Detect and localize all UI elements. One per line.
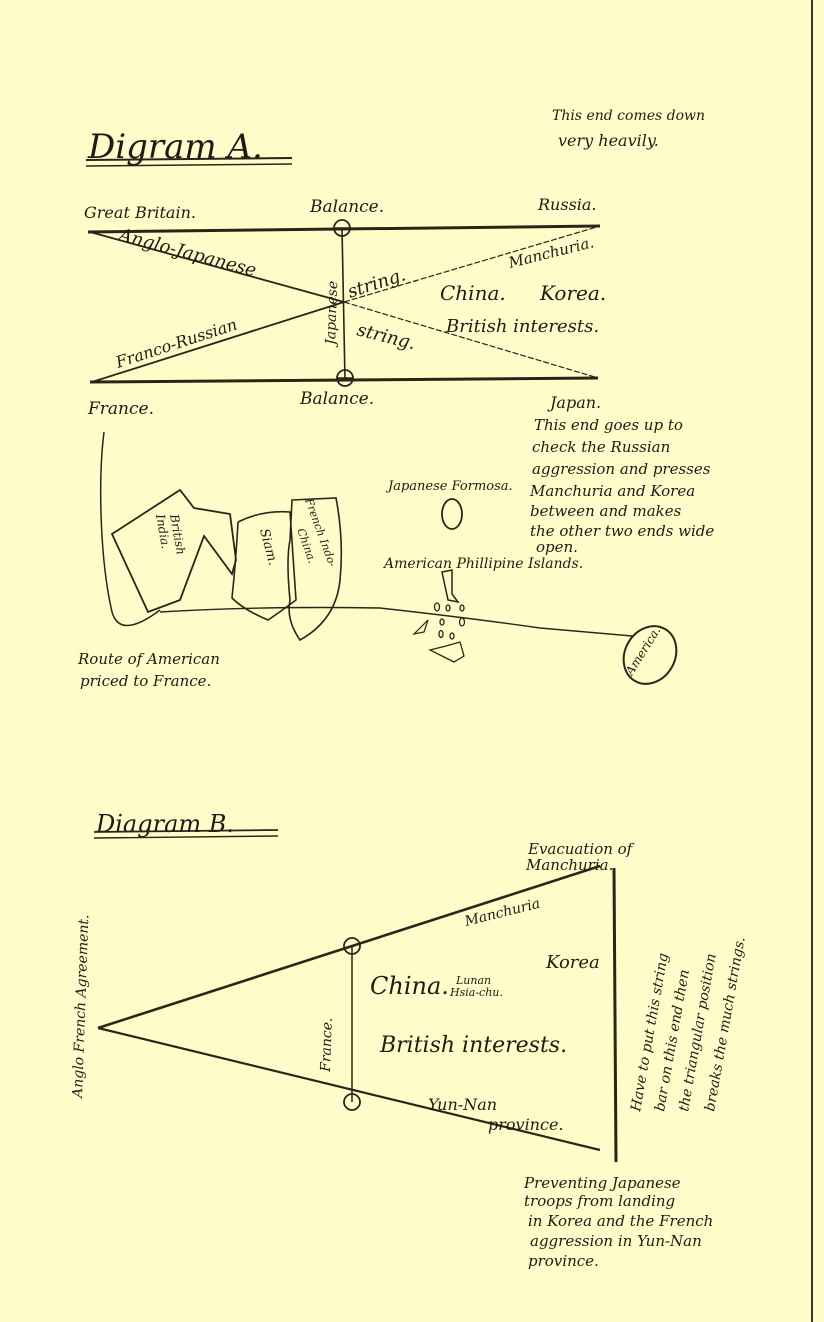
label-province: province. xyxy=(488,1115,564,1134)
right-bar xyxy=(614,868,616,1162)
formosa-shape xyxy=(442,499,462,529)
small-note-2: Hsia-chu. xyxy=(449,986,503,999)
svg-text:between and makes: between and makes xyxy=(530,502,682,520)
label-evacuation-line-2: Manchuria. xyxy=(525,856,613,874)
label-manchuria: Manchuria. xyxy=(506,233,596,272)
luzon-shape xyxy=(442,570,458,602)
label-korea: Korea. xyxy=(539,281,606,305)
label-america: America. xyxy=(622,624,663,678)
svg-text:in Korea and the French: in Korea and the French xyxy=(528,1212,713,1230)
label-korea-b: Korea xyxy=(545,952,600,973)
svg-text:troops from landing: troops from landing xyxy=(524,1192,675,1210)
label-anglo-japanese: Anglo-Japanese xyxy=(115,224,259,281)
svg-text:This end goes up to: This end goes up to xyxy=(534,416,683,434)
label-british-interests: British interests. xyxy=(445,316,599,337)
label-france-post: France. xyxy=(318,1017,336,1073)
diagram-canvas: Digram A. This end comes down very heavi… xyxy=(0,0,824,1322)
label-american-philippines: American Phillipine Islands. xyxy=(382,556,583,572)
coastline xyxy=(101,432,160,626)
top-beam xyxy=(88,226,600,232)
string-france xyxy=(92,302,344,382)
label-yun-nan: Yun-Nan xyxy=(428,1095,497,1114)
svg-text:Preventing Japanese: Preventing Japanese xyxy=(523,1174,681,1192)
diagram-a-title: Digram A. xyxy=(87,127,263,167)
svg-text:province.: province. xyxy=(528,1252,599,1270)
label-british-interests-b: British interests. xyxy=(379,1033,567,1058)
label-russia: Russia. xyxy=(537,195,597,214)
label-france: France. xyxy=(87,399,154,419)
svg-text:Manchuria and Korea: Manchuria and Korea xyxy=(529,482,695,500)
route-note-line-1: Route of American xyxy=(77,650,220,668)
label-string-lower: string. xyxy=(355,319,418,354)
label-string-upper: string. xyxy=(345,264,408,302)
label-siam: Siam. xyxy=(256,527,280,567)
svg-text:check the Russian: check the Russian xyxy=(532,438,670,456)
label-anglo-french-agreement: Anglo French Agreement. xyxy=(70,914,92,1100)
label-franco-russian: Franco-Russian xyxy=(112,315,239,372)
svg-text:aggression and presses: aggression and presses xyxy=(532,460,711,478)
label-japanese-formosa: Japanese Formosa. xyxy=(385,479,513,494)
diagram-b: Diagram B. Anglo French Agreement. Evacu… xyxy=(70,810,749,1270)
upper-arm xyxy=(98,866,600,1028)
svg-text:open.: open. xyxy=(536,538,578,556)
label-china: China. xyxy=(440,281,506,305)
philippine-islands xyxy=(414,603,465,662)
diagram-a: Digram A. This end comes down very heavi… xyxy=(77,108,714,693)
label-japan: Japan. xyxy=(547,393,601,412)
bottom-note: Preventing Japanese troops from landing … xyxy=(523,1174,713,1270)
vertical-right-note: Have to put this string bar on this end … xyxy=(628,936,749,1114)
top-note-line-2: very heavily. xyxy=(558,131,659,150)
side-note: This end goes up to check the Russian ag… xyxy=(529,416,714,556)
label-balance-top: Balance. xyxy=(309,197,384,217)
label-china-b: China. xyxy=(370,972,449,1000)
label-manchuria-b: Manchuria xyxy=(462,896,542,930)
label-balance-bottom: Balance. xyxy=(299,389,374,409)
route-line xyxy=(160,608,632,637)
top-note-line-1: This end comes down xyxy=(552,108,705,124)
diagram-b-title: Diagram B. xyxy=(95,810,234,838)
balance-post xyxy=(342,228,345,380)
label-great-britain: Great Britain. xyxy=(84,203,196,222)
label-vertical-post: Japanese xyxy=(323,281,341,349)
svg-text:aggression in Yun-Nan: aggression in Yun-Nan xyxy=(530,1232,702,1250)
route-note-line-2: priced to France. xyxy=(80,672,211,690)
